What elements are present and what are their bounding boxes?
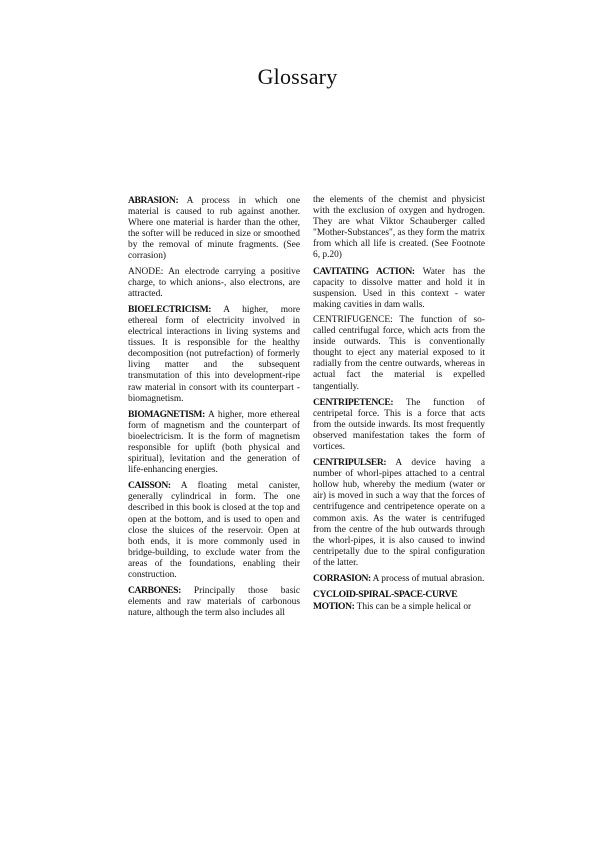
glossary-definition: A higher, more ethereal form of electric… (128, 305, 300, 404)
glossary-entry-cavitating-action: CAVITATING ACTION: Water has the capacit… (313, 266, 485, 311)
glossary-column-right: the elements of the chemist and physicis… (313, 195, 485, 617)
glossary-entry-centripulser: CENTRIPULSER: A device having a number o… (313, 457, 485, 569)
glossary-term: ABRASION: (128, 195, 178, 206)
glossary-term: CORRASION: (313, 573, 371, 584)
glossary-entry-biomagnetism: BIOMAGNETISM: A higher, more ethereal fo… (128, 409, 300, 477)
glossary-term: CENTRIPULSER: (313, 457, 386, 468)
glossary-entry-continuation: the elements of the chemist and physicis… (313, 195, 485, 262)
glossary-entry-abrasion: ABRASION: A process in which one materia… (128, 195, 300, 263)
glossary-entry-carbones: CARBONES: Principally those basic elemen… (128, 585, 300, 619)
glossary-entry-bioelectricism: BIOELECTRICISM: A higher, more ethereal … (128, 304, 300, 405)
glossary-entry-corrasion: CORRASION: A process of mutual abrasion. (313, 573, 485, 585)
glossary-entry-cycloid-spiral-space-curve-motion: CYCLOID-SPIRAL-SPACE-CURVE MOTION: This … (313, 589, 485, 613)
glossary-term: CAVITATING ACTION: (313, 266, 415, 277)
glossary-term: CENTRIPETENCE: (313, 397, 393, 408)
glossary-term: CENTRIFUGENCE: (313, 315, 393, 325)
glossary-term: CARBONES: (128, 585, 181, 596)
glossary-entry-centrifugence: CENTRIFUGENCE: The function of so-called… (313, 315, 485, 393)
glossary-definition: The function of so-called centrifugal fo… (313, 315, 485, 392)
glossary-definition: A device having a number of whorl-pipes … (313, 458, 485, 568)
glossary-entry-caisson: CAISSON: A floating metal canister, gene… (128, 480, 300, 581)
page-title: Glossary (0, 64, 595, 90)
glossary-column-left: ABRASION: A process in which one materia… (128, 195, 300, 623)
glossary-term: BIOMAGNETISM: (128, 409, 205, 420)
glossary-entry-anode: ANODE: An electrode carrying a positive … (128, 267, 300, 300)
glossary-entry-centripetence: CENTRIPETENCE: The function of centripet… (313, 397, 485, 453)
glossary-term: CAISSON: (128, 480, 171, 491)
glossary-definition: This can be a simple helical or (354, 602, 471, 612)
glossary-term: BIOELECTRICISM: (128, 304, 211, 315)
glossary-definition: A process of mutual abrasion. (371, 574, 485, 584)
glossary-term: ANODE: (128, 267, 163, 277)
glossary-definition: A floating metal canister, generally cyl… (128, 481, 300, 580)
